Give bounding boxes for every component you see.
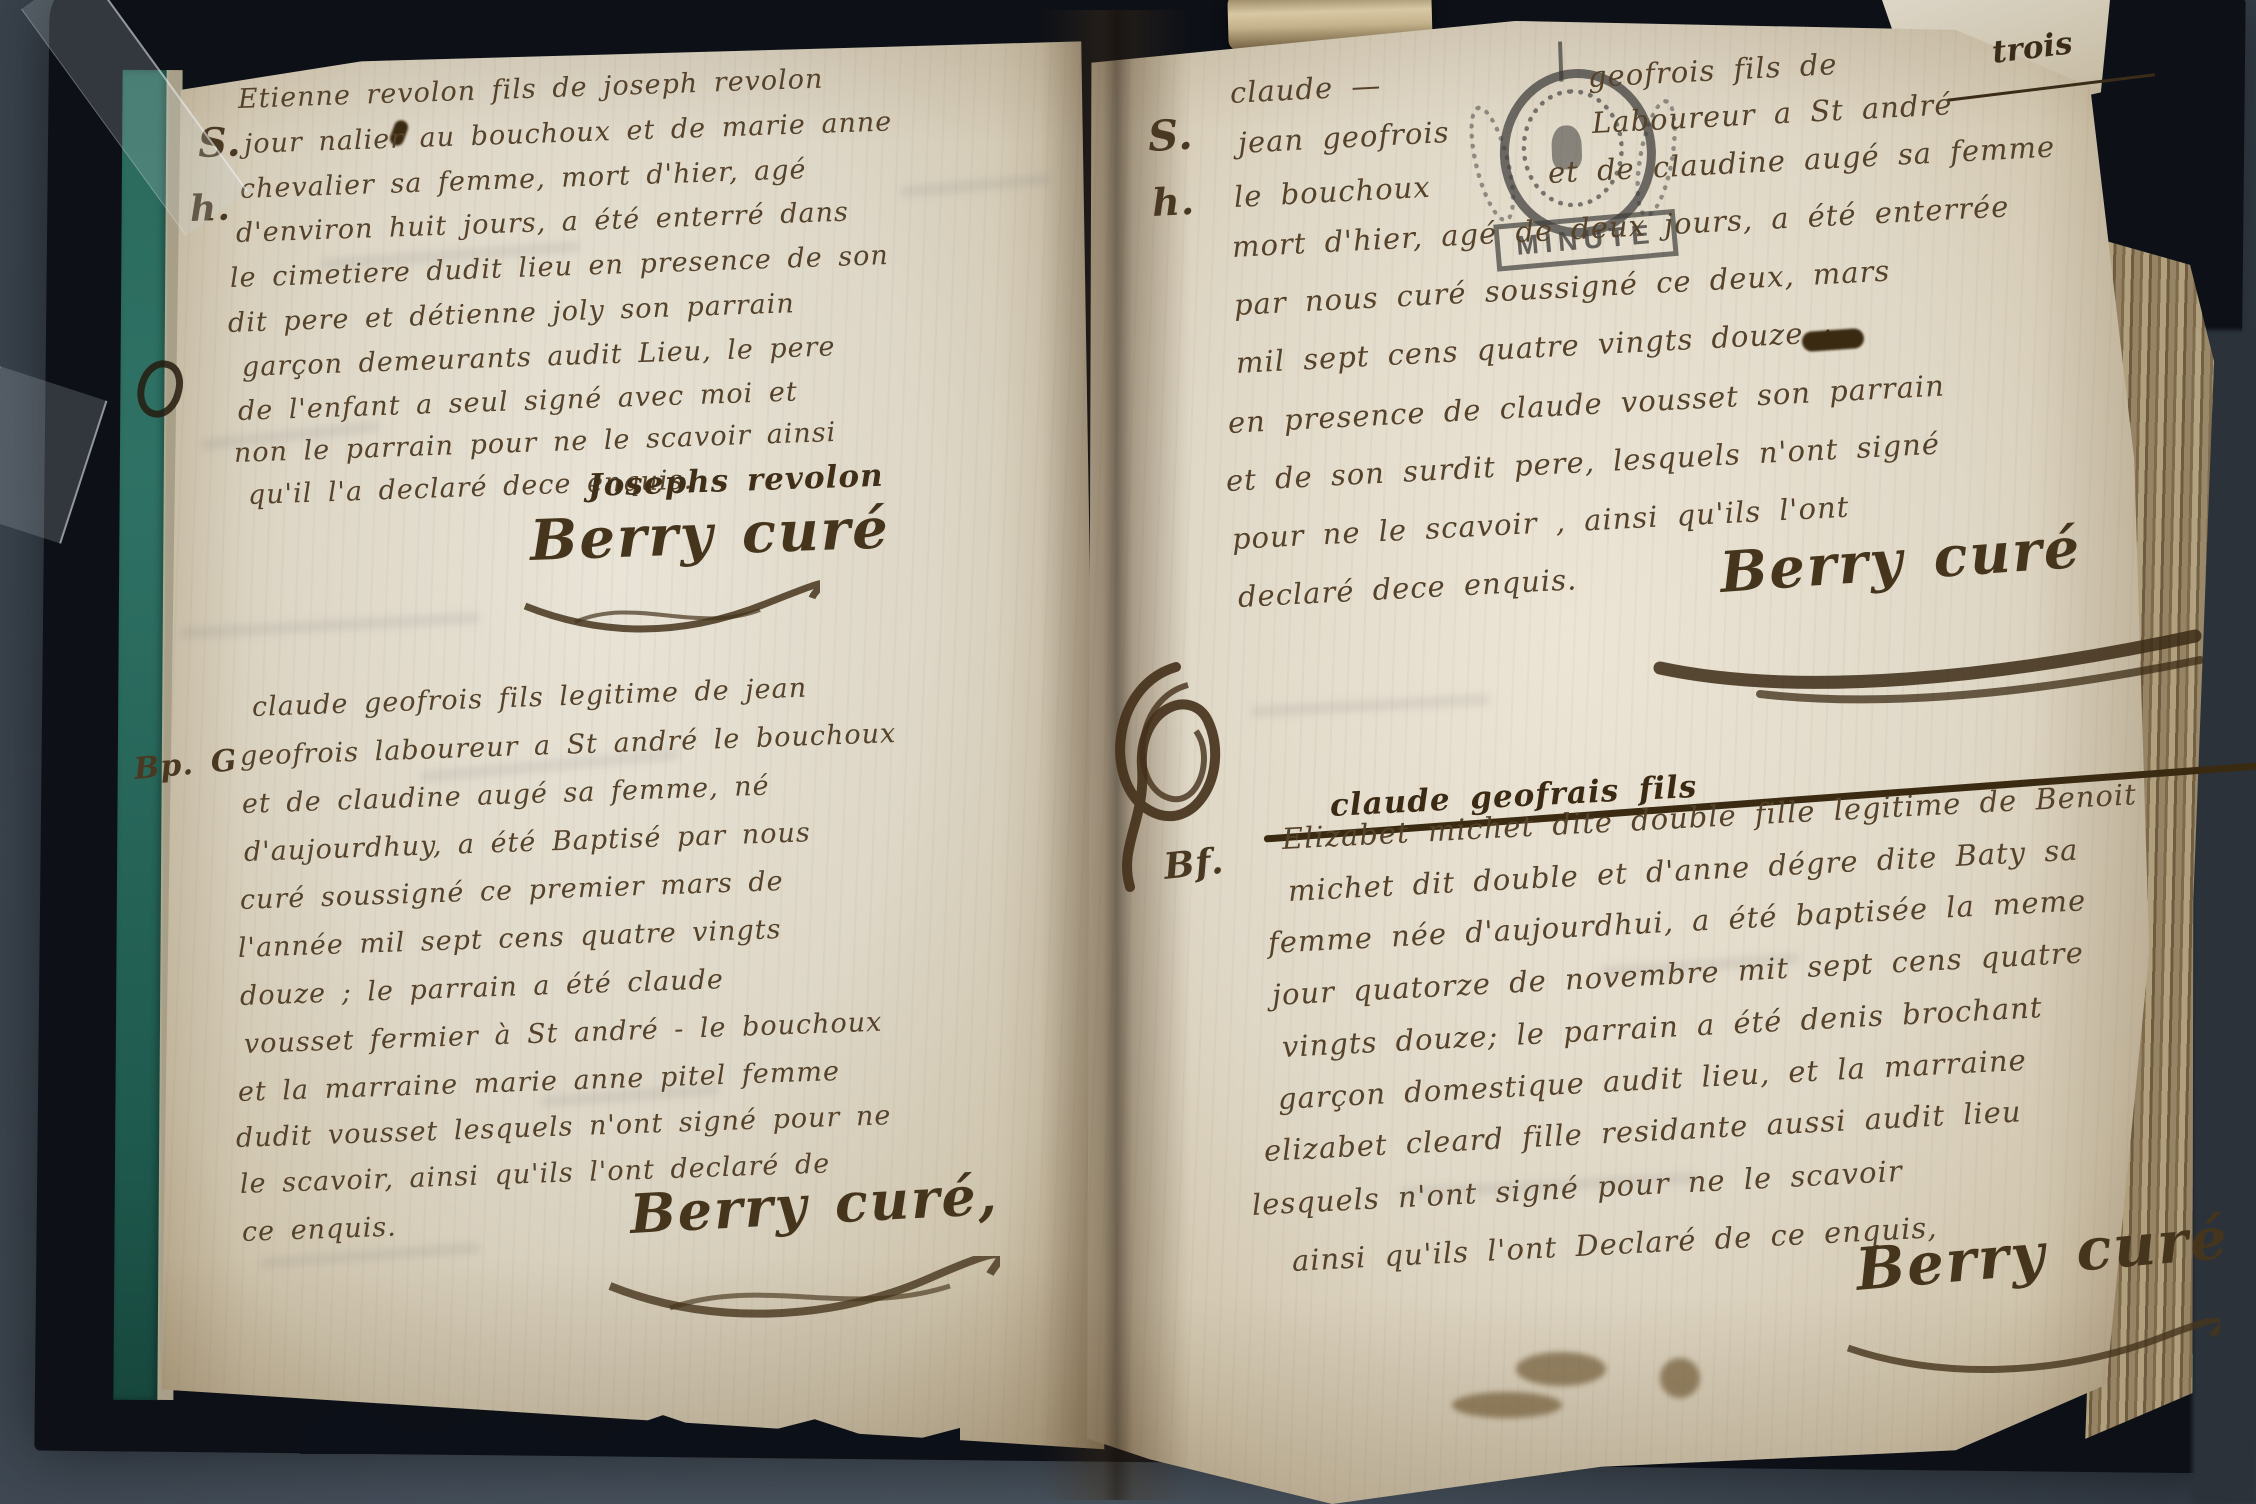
ink-smudge	[1660, 1358, 1700, 1398]
cure-signature: Berry curé	[529, 495, 891, 574]
ink-smudge	[1452, 1392, 1562, 1418]
ink-smudge	[1516, 1352, 1606, 1386]
manuscript-line: ce enquis.	[241, 1212, 397, 1248]
margin-mark: S.	[1147, 110, 1195, 161]
margin-mark: Bf.	[1162, 840, 1226, 888]
margin-mark: h.	[1151, 178, 1196, 225]
manuscript-photo: MINUTE trois S. h. Etienne revolon fils …	[0, 0, 2256, 1504]
